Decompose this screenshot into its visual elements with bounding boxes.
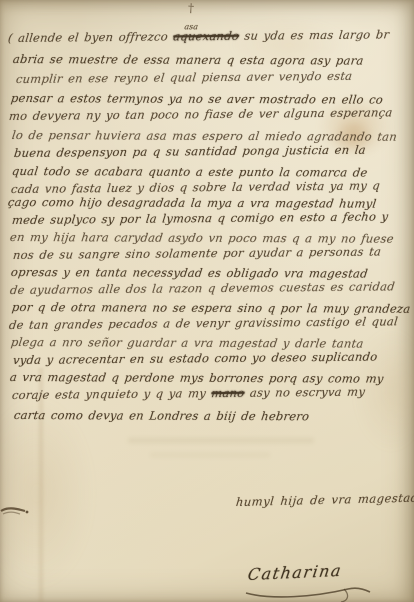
manuscript-line: çago como hijo desagradada la mya a vra …	[7, 196, 377, 210]
manuscript-line: abria se muestre de essa manera q esta a…	[12, 53, 364, 67]
manuscript-text-block: ( allende el byen offrezco asaaquexando …	[0, 0, 414, 602]
line-text: asy no escryva my	[244, 385, 366, 400]
manuscript-line: carta como devya en Londres a biij de he…	[13, 409, 310, 423]
manuscript-line: cumplir en ese reyno el qual piensa aver…	[15, 70, 353, 86]
manuscript-line: buena despensyon pa q su santidad ponga …	[13, 144, 366, 160]
manuscript-line: de tan grandes pecados a de venyr gravis…	[8, 315, 398, 331]
manuscript-line: coraje esta ynquieto y q ya my mano asy …	[11, 386, 366, 402]
manuscript-line: en my hija hara carydad asydo vn poco ma…	[9, 231, 394, 245]
manuscript-letter-photo: † ( allende el byen offrezco asaaquexand…	[0, 0, 414, 602]
manuscript-line: mede suplyco sy por la lymosna q comigo …	[11, 210, 389, 226]
manuscript-line: nos de su sangre sino solamente por ayud…	[12, 245, 382, 261]
struck-word-wrap: asaaquexando	[173, 30, 240, 43]
manuscript-line: cada vno fasta luez y dios q sobre la ve…	[10, 179, 381, 195]
manuscript-line: opresas y en tanta necessydad es obligad…	[10, 266, 368, 280]
manuscript-line: ( allende el byen offrezco asaaquexando …	[7, 28, 390, 44]
line-text: coraje esta ynquieto y q ya my	[11, 386, 212, 402]
manuscript-line: mo devyera ny yo tan poco no fiase de ve…	[8, 106, 393, 122]
struck-word: mano	[211, 386, 246, 400]
manuscript-line: lo de pensar huviera asa mas espero al m…	[11, 129, 398, 143]
manuscript-line: por q de otra manera no se espera sino q…	[11, 301, 411, 315]
manuscript-line: a vra magestad q perdone mys borrones po…	[9, 371, 384, 385]
interlinear-insertion: asa	[184, 22, 199, 31]
manuscript-line: plega a nro señor guardar a vra magestad…	[10, 336, 364, 350]
line-text: ( allende el byen offrezco	[7, 29, 174, 45]
manuscript-line: qual todo se acabara quanto a este punto…	[11, 165, 368, 179]
manuscript-line: de ayudarnos alle dos la razon q devemos…	[9, 280, 395, 296]
struck-word-wrap: mano	[211, 387, 246, 400]
manuscript-line: pensar a estos termynos ya no se aver mo…	[10, 92, 384, 106]
line-text: su yda es mas largo br	[238, 27, 390, 42]
manuscript-line: vyda y acrecentar en su estado como yo d…	[12, 350, 378, 366]
